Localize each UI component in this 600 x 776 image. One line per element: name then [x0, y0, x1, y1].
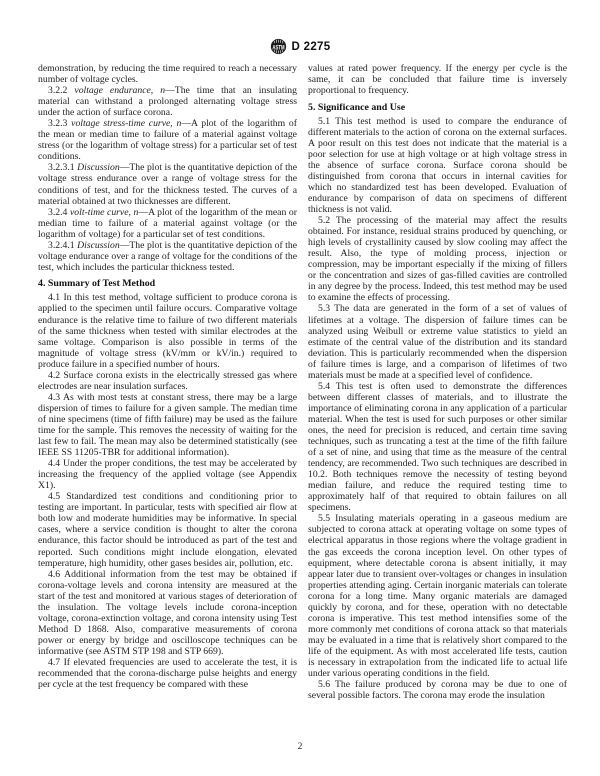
astm-logo-icon: ASTM [270, 38, 287, 55]
left-column: demonstration, by reducing the time requ… [38, 63, 297, 701]
text-run: 4.4 Under the proper conditions, the tes… [38, 458, 297, 491]
text-run: 5.5 Insulating materials operating in a … [308, 513, 567, 679]
text-run: 3.2.3.1 [48, 162, 77, 173]
paragraph: 5.3 The data are generated in the form o… [308, 303, 567, 380]
paragraph: 4.7 If elevated frequencies are used to … [38, 657, 297, 690]
document-page: ASTM D 2275 demonstration, by reducing t… [0, 0, 600, 776]
paragraph: 3.2.4 volt-time curve, n—A plot of the l… [38, 207, 297, 240]
paragraph: 3.2.2 voltage endurance, n—The time that… [38, 85, 297, 118]
defined-term: voltage stress-time curve, n [71, 118, 181, 129]
text-run: 3.2.2 [48, 85, 74, 96]
paragraph: 3.2.3 voltage stress-time curve, n—A plo… [38, 118, 297, 162]
paragraph: 5.5 Insulating materials operating in a … [308, 513, 567, 679]
section-heading: 4. Summary of Test Method [38, 278, 297, 289]
defined-term: volt-time curve, n [70, 207, 138, 218]
section-heading: 5. Significance and Use [308, 102, 567, 113]
paragraph: 3.2.3.1 Discussion—The plot is the quant… [38, 162, 297, 206]
paragraph: 4.1 In this test method, voltage suffici… [38, 292, 297, 369]
text-run: 3.2.4 [48, 207, 70, 218]
svg-text:ASTM: ASTM [272, 45, 285, 52]
text-run: 5.2 The processing of the material may a… [308, 215, 567, 303]
doc-number: D 2275 [292, 41, 331, 53]
text-run: 3.2.3 [48, 118, 71, 129]
paragraph: 4.2 Surface corona exists in the electri… [38, 370, 297, 392]
defined-term: Discussion [77, 162, 120, 173]
text-run: 4.5 Standardized test conditions and con… [38, 491, 297, 568]
page-number: 2 [0, 742, 600, 752]
text-run: 5.6 The failure produced by corona may b… [308, 679, 567, 701]
paragraph: 4.3 As with most tests at constant stres… [38, 392, 297, 458]
paragraph: demonstration, by reducing the time requ… [38, 63, 297, 85]
text-run: 3.2.4.1 [48, 240, 77, 251]
text-run: 4.2 Surface corona exists in the electri… [38, 370, 297, 392]
paragraph: 3.2.4.1 Discussion—The plot is the quant… [38, 240, 297, 273]
text-run: demonstration, by reducing the time requ… [38, 63, 297, 85]
document-body: demonstration, by reducing the time requ… [38, 63, 567, 701]
defined-term: Discussion [77, 240, 120, 251]
text-run: 4.3 As with most tests at constant stres… [38, 392, 297, 458]
text-run: 5.3 The data are generated in the form o… [308, 303, 567, 380]
text-run: 4.1 In this test method, voltage suffici… [38, 292, 297, 369]
paragraph: 4.5 Standardized test conditions and con… [38, 491, 297, 568]
page-header: ASTM D 2275 [0, 38, 600, 55]
paragraph: values at rated power frequency. If the … [308, 63, 567, 96]
right-column: values at rated power frequency. If the … [308, 63, 567, 701]
text-run: 5.1 This test method is used to compare … [308, 116, 567, 215]
text-run: 4.7 If elevated frequencies are used to … [38, 657, 297, 690]
paragraph: 5.4 This test is often used to demonstra… [308, 381, 567, 514]
defined-term: voltage endurance, n [74, 85, 165, 96]
text-run: values at rated power frequency. If the … [308, 63, 567, 96]
paragraph: 4.6 Additional information from the test… [38, 569, 297, 657]
text-run: 4.6 Additional information from the test… [38, 569, 297, 657]
paragraph: 5.1 This test method is used to compare … [308, 116, 567, 215]
paragraph: 5.2 The processing of the material may a… [308, 215, 567, 303]
text-run: 5.4 This test is often used to demonstra… [308, 381, 567, 514]
paragraph: 5.6 The failure produced by corona may b… [308, 679, 567, 701]
paragraph: 4.4 Under the proper conditions, the tes… [38, 458, 297, 491]
